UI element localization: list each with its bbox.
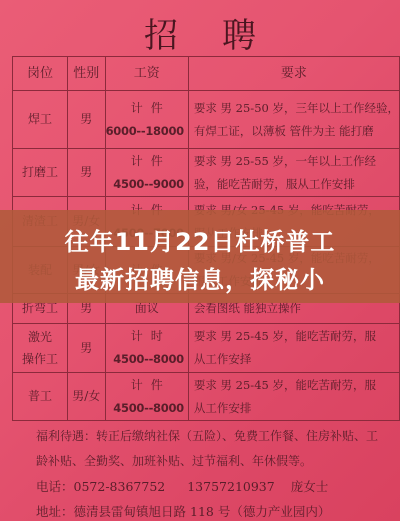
phone-landline: 0572-8367752 xyxy=(74,479,166,494)
table-header-row: 岗位 性别 工资 要求 xyxy=(13,57,400,91)
benefits-line: 福利待遇：转正后缴纳社保（五险）、免费工作餐、住房补贴、工 xyxy=(36,427,378,444)
table-row: 焊工 男 计件 6000--18000 要求 男 25-50 岁，三年以上工作经… xyxy=(13,91,400,149)
headline-line-1: 往年11月22日杜桥普工 xyxy=(0,222,400,257)
requirements-cell: 要求 男 25-45 岁，能吃苦耐劳，服 从工作安排 xyxy=(188,373,399,421)
phone-label: 电话： xyxy=(36,479,74,494)
position-cell: 焊工 xyxy=(13,91,68,149)
requirements-cell: 要求 男 25-45 岁，能吃苦耐劳，服 从工作安择 xyxy=(188,324,399,373)
requirement-line: 要求 男 25-50 岁，三年以上工作经验， xyxy=(194,97,399,120)
position-line: 激光 xyxy=(13,326,67,348)
header-wage: 工资 xyxy=(105,57,188,91)
wage-type: 计件 xyxy=(106,374,188,397)
headline-line-2: 最新招聘信息，探秘小 xyxy=(0,260,400,295)
wage-type: 计件 xyxy=(106,150,188,173)
table-row: 普工 男/女 计件 4500--8000 要求 男 25-45 岁，能吃苦耐劳，… xyxy=(13,373,400,421)
position-line: 操作工 xyxy=(13,348,67,370)
wage-cell: 计件 6000--18000 xyxy=(105,91,188,149)
wage-cell: 计件 4500--9000 xyxy=(105,149,188,197)
gender-cell: 男 xyxy=(67,149,105,197)
requirement-line: 要求 男 25-45 岁，能吃苦耐劳，服 xyxy=(194,325,399,348)
position-cell: 打磨工 xyxy=(13,149,68,197)
wage-cell: 计时 4500--8000 xyxy=(105,324,188,373)
table-row: 激光 操作工 男 计时 4500--8000 要求 男 25-45 岁，能吃苦耐… xyxy=(13,324,400,373)
table-row: 打磨工 男 计件 4500--9000 要求 男 25-55 岁，一年以上工作经… xyxy=(13,149,400,197)
poster-title: 招聘 xyxy=(0,8,400,57)
wage-type: 计件 xyxy=(106,97,188,120)
header-gender: 性别 xyxy=(67,57,105,91)
wage-type: 计时 xyxy=(106,325,188,348)
requirement-line: 从工作安择 xyxy=(194,348,399,371)
position-cell: 激光 操作工 xyxy=(13,324,68,373)
benefits-line: 龄补贴、全勤奖、加班补贴、过节福利、年休假等。 xyxy=(36,452,312,469)
gender-cell: 男/女 xyxy=(67,373,105,421)
address-label: 地址： xyxy=(36,504,74,519)
wage-cell: 计件 4500--8000 xyxy=(105,373,188,421)
requirement-line: 有焊工证，以薄板 管件为主 能打磨 xyxy=(194,120,399,143)
requirement-line: 验，能吃苦耐劳，服从工作安排 xyxy=(194,173,399,196)
requirements-cell: 要求 男 25-55 岁，一年以上工作经 验，能吃苦耐劳，服从工作安排 xyxy=(188,149,399,197)
contact-name: 庞女士 xyxy=(291,479,329,494)
gender-cell: 男 xyxy=(67,91,105,149)
requirement-line: 要求 男 25-45 岁，能吃苦耐劳，服 xyxy=(194,374,399,397)
wage-range: 6000--18000 xyxy=(106,120,188,143)
phone-mobile: 13757210937 xyxy=(187,479,274,494)
requirement-line: 从工作安排 xyxy=(194,397,399,420)
header-position: 岗位 xyxy=(13,57,68,91)
address: 德清县雷甸镇旭日路 118 号（德力产业园内） xyxy=(74,504,331,519)
contact-line: 电话：0572-836775213757210937庞女士 xyxy=(36,477,328,495)
requirements-cell: 要求 男 25-50 岁，三年以上工作经验， 有焊工证，以薄板 管件为主 能打磨 xyxy=(188,91,399,149)
wage-range: 4500--8000 xyxy=(106,397,188,420)
gender-cell: 男 xyxy=(67,324,105,373)
header-requirements: 要求 xyxy=(188,57,399,91)
position-cell: 普工 xyxy=(13,373,68,421)
requirement-line: 要求 男 25-55 岁，一年以上工作经 xyxy=(194,150,399,173)
address-line: 地址：德清县雷甸镇旭日路 118 号（德力产业园内） xyxy=(36,502,330,520)
wage-range: 4500--9000 xyxy=(106,173,188,196)
wage-range: 4500--8000 xyxy=(106,348,188,371)
